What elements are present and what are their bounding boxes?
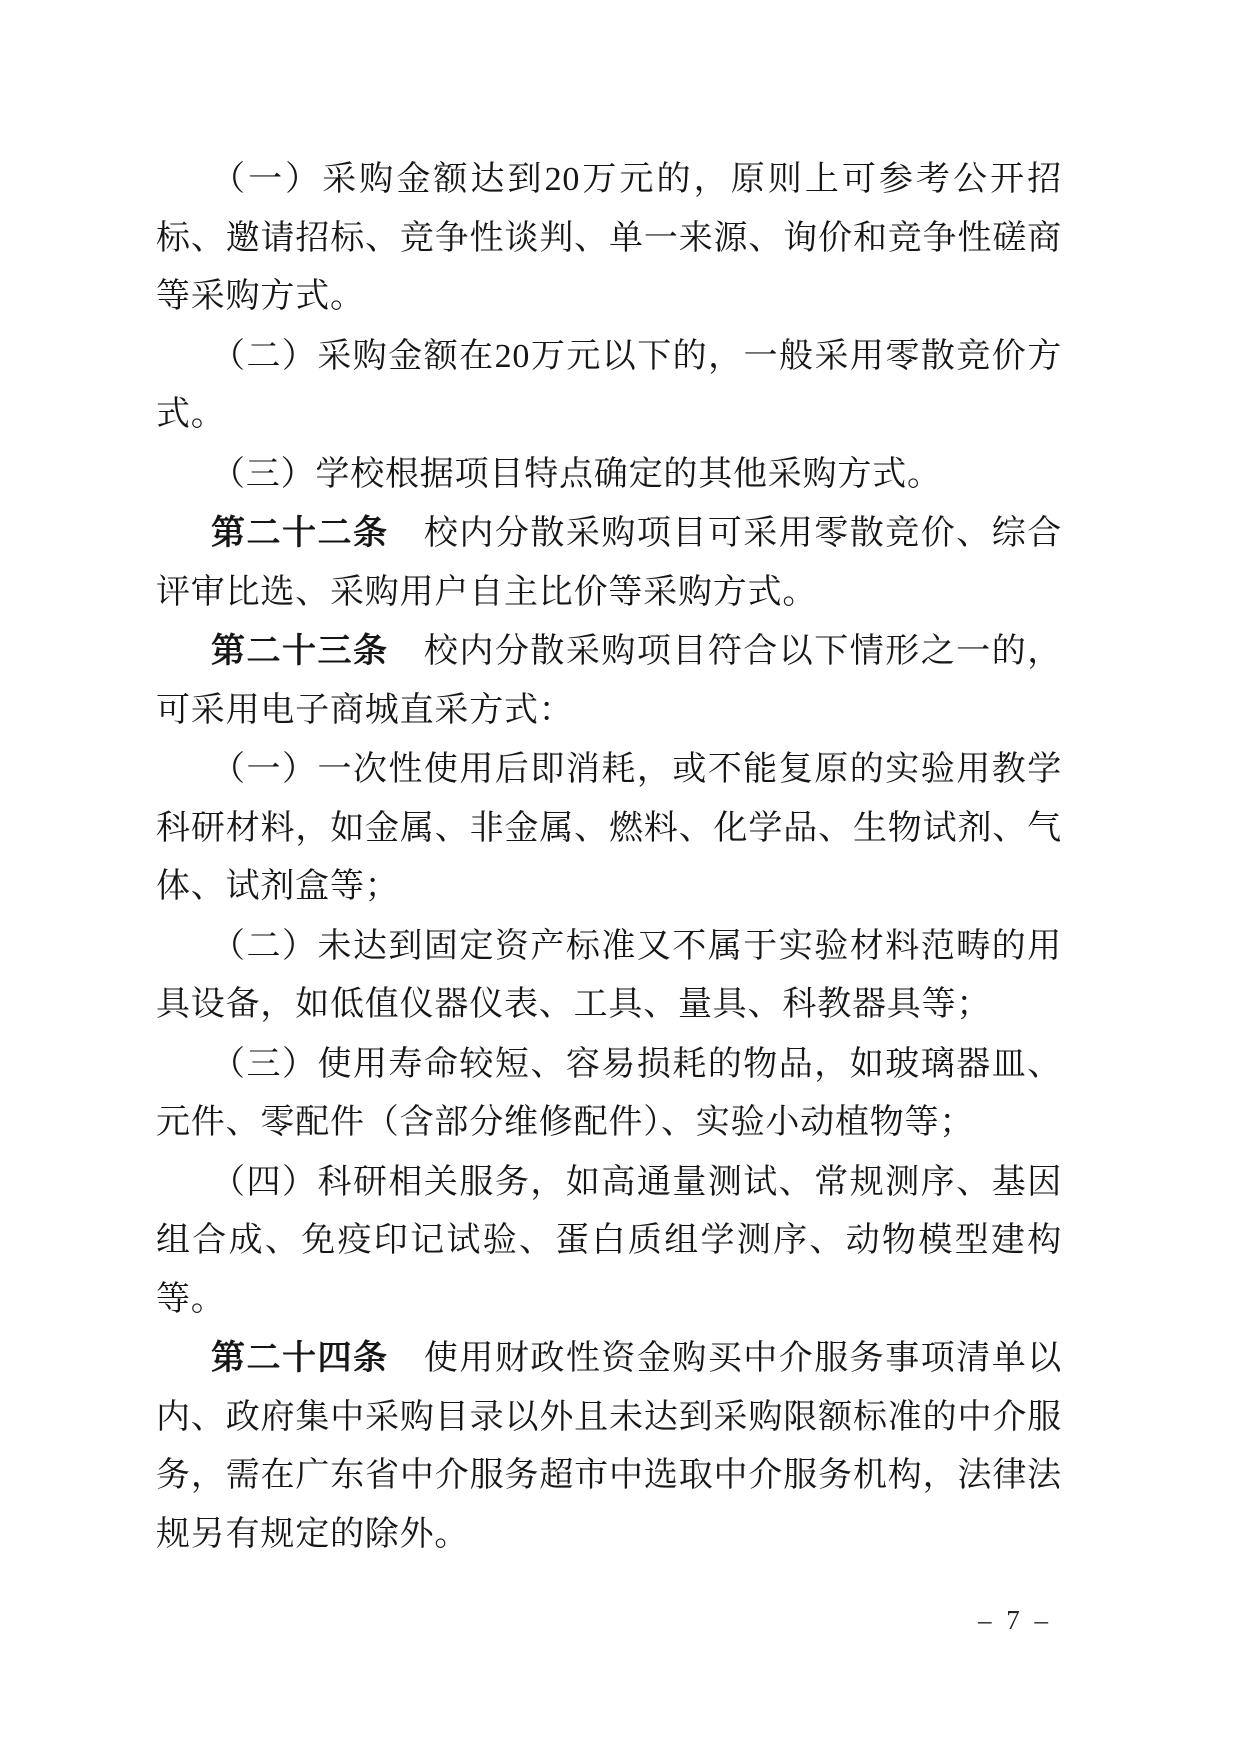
document-body: （一）采购金额达到20万元的，原则上可参考公开招标、邀请招标、竞争性谈判、单一来… [156,150,1062,1564]
paragraph-text: （一）采购金额达到20万元的，原则上可参考公开招标、邀请招标、竞争性谈判、单一来… [156,161,1062,315]
paragraph-text: （三）学校根据项目特点确定的其他采购方式。 [211,456,942,493]
paragraph-text: （三）使用寿命较短、容易损耗的物品，如玻璃器皿、元件、零配件（含部分维修配件）、… [156,1046,1062,1142]
paragraph-article-23: 第二十三条 校内分散采购项目符合以下情形之一的，可采用电子商城直采方式： [156,622,1062,740]
page-number: – 7 – [945,1605,1085,1636]
paragraph-text: （一）一次性使用后即消耗，或不能复原的实验用教学科研材料，如金属、非金属、燃料、… [156,751,1062,905]
paragraph-item-1-of-23: （一）一次性使用后即消耗，或不能复原的实验用教学科研材料，如金属、非金属、燃料、… [156,740,1062,917]
article-number: 第二十四条 [211,1339,388,1377]
paragraph-item-2: （二）采购金额在20万元以下的，一般采用零散竞价方式。 [156,327,1062,445]
paragraph-item-4-of-23: （四）科研相关服务，如高通量测试、常规测序、基因组合成、免疫印记试验、蛋白质组学… [156,1153,1062,1330]
paragraph-item-3-of-23: （三）使用寿命较短、容易损耗的物品，如玻璃器皿、元件、零配件（含部分维修配件）、… [156,1035,1062,1153]
document-page: （一）采购金额达到20万元的，原则上可参考公开招标、邀请招标、竞争性谈判、单一来… [0,0,1240,1753]
paragraph-text: （四）科研相关服务，如高通量测试、常规测序、基因组合成、免疫印记试验、蛋白质组学… [156,1164,1062,1318]
paragraph-item-1: （一）采购金额达到20万元的，原则上可参考公开招标、邀请招标、竞争性谈判、单一来… [156,150,1062,327]
article-number: 第二十三条 [211,632,388,670]
paragraph-text: （二）未达到固定资产标准又不属于实验材料范畴的用具设备，如低值仪器仪表、工具、量… [156,928,1062,1024]
paragraph-item-2-of-23: （二）未达到固定资产标准又不属于实验材料范畴的用具设备，如低值仪器仪表、工具、量… [156,917,1062,1035]
paragraph-item-3: （三）学校根据项目特点确定的其他采购方式。 [156,445,1062,505]
article-number: 第二十二条 [211,514,388,552]
paragraph-article-24: 第二十四条 使用财政性资金购买中介服务事项清单以内、政府集中采购目录以外且未达到… [156,1329,1062,1564]
paragraph-text: （二）采购金额在20万元以下的，一般采用零散竞价方式。 [156,338,1062,434]
paragraph-article-22: 第二十二条 校内分散采购项目可采用零散竞价、综合评审比选、采购用户自主比价等采购… [156,504,1062,622]
